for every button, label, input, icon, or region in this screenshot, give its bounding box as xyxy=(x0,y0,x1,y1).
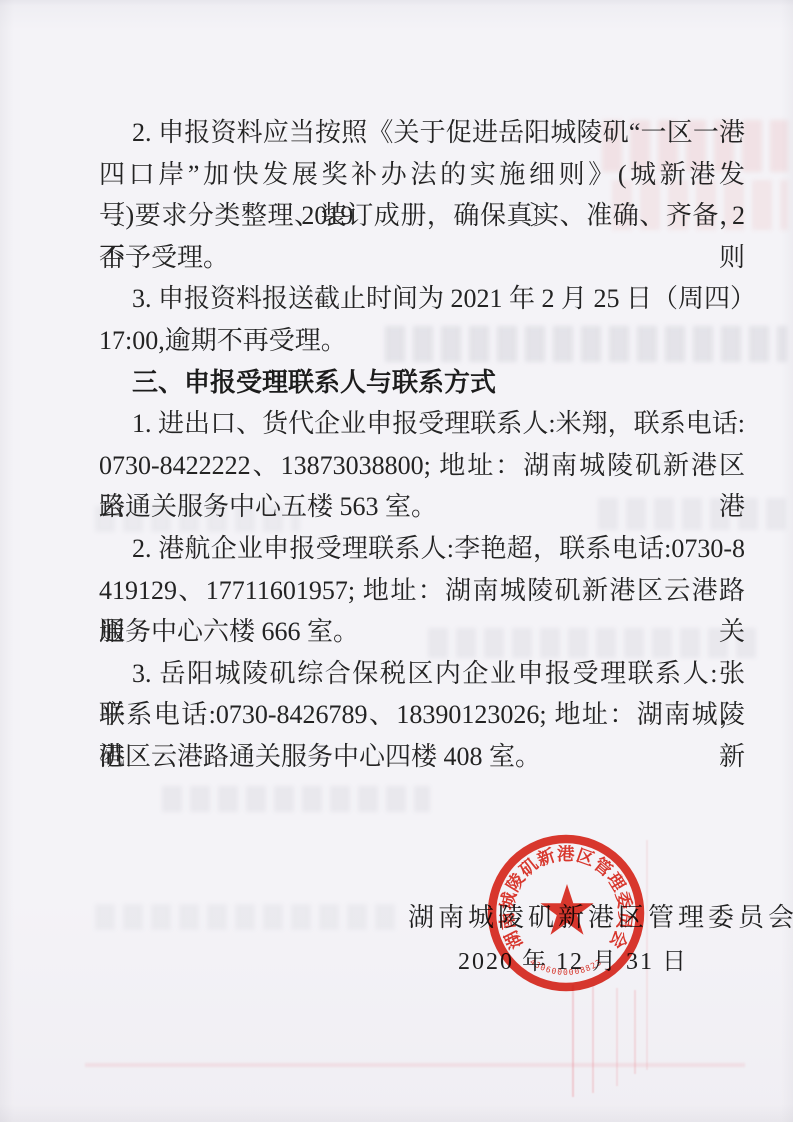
paragraph-line: 419129、17711601957; 地址：湖南城陵矶新港区云港路通关 xyxy=(99,570,745,612)
document-body: 2. 申报资料应当按照《关于促进岳阳城陵矶“一区一港 四口岸”加快发展奖补办法的… xyxy=(99,112,745,778)
bleedthrough-artifact xyxy=(162,786,430,812)
official-seal: 湖南城陵矶新港区管理委员会 4306000008823 xyxy=(481,828,651,998)
ink-streak xyxy=(634,990,636,1074)
paragraph-line: 联系电话:0730-8426789、18390123026; 地址：湖南城陵矶新 xyxy=(99,694,745,736)
paragraph-line: 3. 岳阳城陵矶综合保税区内企业申报受理联系人:张平， xyxy=(99,653,745,695)
document-page: 2. 申报资料应当按照《关于促进岳阳城陵矶“一区一港 四口岸”加快发展奖补办法的… xyxy=(0,0,793,1122)
paragraph-line: 1. 进出口、货代企业申报受理联系人:米翔，联系电话: xyxy=(99,403,745,445)
paragraph-line: 2. 港航企业申报受理联系人:李艳超，联系电话:0730-8 xyxy=(99,528,745,570)
ink-streak xyxy=(592,985,594,1093)
section-heading: 三、申报受理联系人与联系方式 xyxy=(99,362,745,404)
scanned-document-page: { "doc": { "para2": { "lines": [ "2. 申报资… xyxy=(0,0,793,1122)
ink-streak xyxy=(572,985,574,1097)
bleedthrough-artifact xyxy=(95,904,403,930)
paragraph-line: 17:00,逾期不再受理。 xyxy=(99,320,745,362)
svg-text:4306000008823: 4306000008823 xyxy=(528,957,604,977)
ink-streak xyxy=(616,988,618,1086)
paragraph-line: 号)要求分类整理、装订成册，确保真实、准确、齐备，否则 xyxy=(99,195,745,237)
seal-star-icon xyxy=(540,884,593,935)
ink-streak xyxy=(85,1063,745,1067)
paragraph-line: 0730-8422222、13873038800; 地址：湖南城陵矶新港区云港 xyxy=(99,445,745,487)
paragraph-line: 2. 申报资料应当按照《关于促进岳阳城陵矶“一区一港 xyxy=(99,112,745,154)
seal-code: 4306000008823 xyxy=(528,957,604,977)
paragraph-line: 3. 申报资料报送截止时间为 2021 年 2 月 25 日（周四） xyxy=(99,278,745,320)
paragraph-line: 四口岸”加快发展奖补办法的实施细则》(城新港发〔2019〕2 xyxy=(99,154,745,196)
